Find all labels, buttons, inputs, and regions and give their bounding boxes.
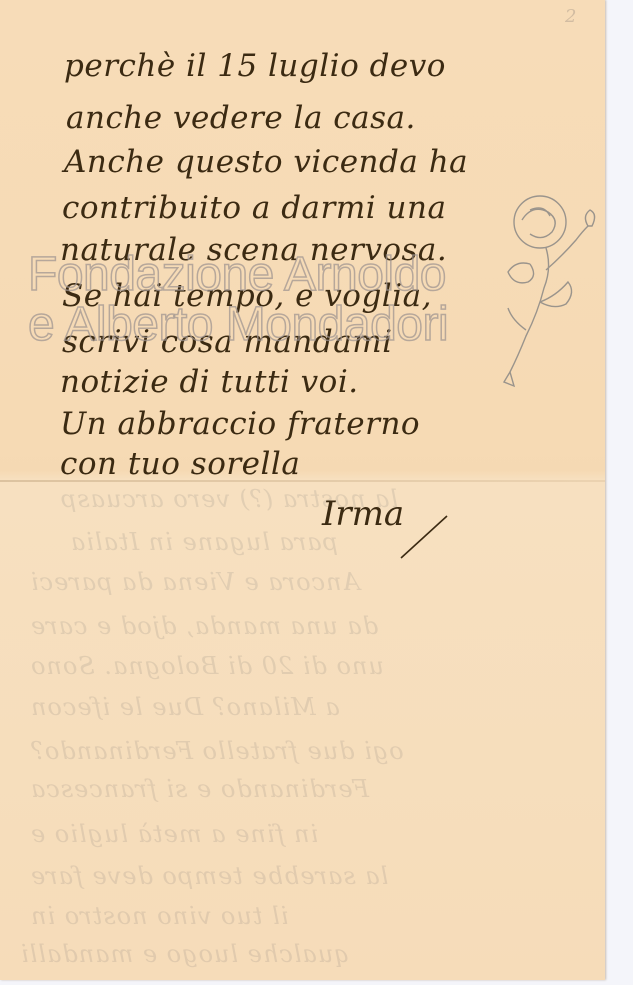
bleed-line: uno di 20 di Bologna. Sono [30,652,384,680]
bleed-line: Ancora e Viena da pareci [30,568,360,596]
letter-line: scrivi cosa mandami [62,324,393,360]
letter-line: contribuito a darmi una [62,190,446,226]
letter-line: Se hai tempo, e voglia, [62,278,432,314]
bleed-line: il tuo vino nostro in [30,902,288,930]
bleed-line: qualche luogo e mandalli [20,940,350,968]
letter-line: con tuo sorella [60,446,300,482]
letter-line: perchè il 15 luglio devo [64,48,446,84]
letter-line: Un abbraccio fraterno [60,406,420,442]
letter-line: naturale scena nervosa. [60,232,447,268]
letter-line: Anche questo vicenda ha [64,144,468,180]
bleed-line: la sarebbe tempo deve fare [30,862,388,890]
bleed-line: da una manda, djod e care [30,612,378,640]
bleed-line: para lugane in Italia [70,528,338,556]
letter-line: anche vedere la casa. [66,100,416,136]
bleed-line: Ferdinando e si francesca [30,775,369,803]
bleed-line: ogi due fratello Ferdinando? [30,737,404,765]
letter-page: 2 la nostra (?) vero arcuasp para lugane… [0,0,605,980]
letter-line: notizie di tutti voi. [60,364,359,400]
rose-emblem-icon [500,190,605,390]
signature: Irma [322,494,404,534]
bleed-line: a Milano? Due le ifecon [30,693,340,721]
page-marker: 2 [565,6,576,27]
signature-flourish-icon [395,512,455,562]
bleed-line: in fine a metà luglio e [30,820,318,848]
